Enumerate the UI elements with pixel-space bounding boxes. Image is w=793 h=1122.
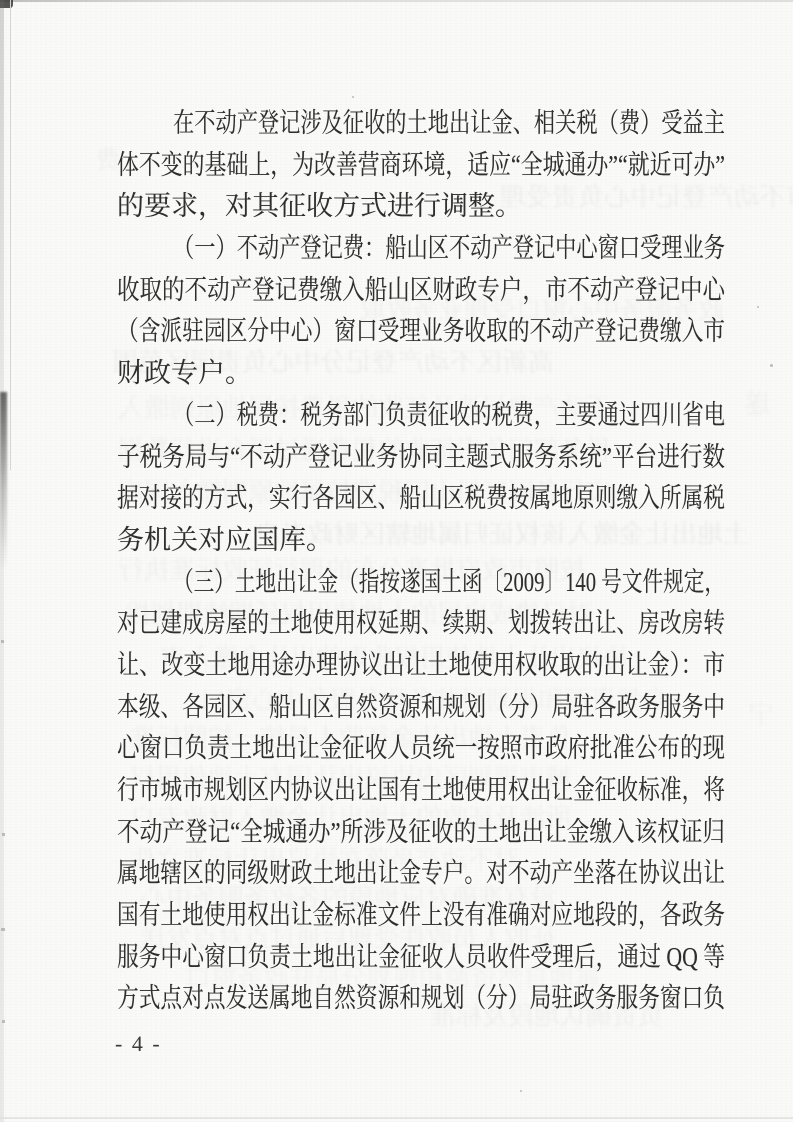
text-line: （含派驻园区分中心）窗口受理业务收取的不动产登记费缴入市 bbox=[117, 311, 725, 353]
text-line: 让、改变土地用途办理协议出让土地使用权收取的出让金）：市 bbox=[117, 645, 725, 687]
text-line: 不动产登记“全城通办”所涉及征收的土地出让金缴入该权证归 bbox=[117, 812, 725, 854]
text-line: 在不动产登记涉及征收的土地出让金、相关税（费）受益主 bbox=[117, 103, 725, 145]
scan-speckle bbox=[757, 306, 759, 308]
ghost-text-line: 宁 bbox=[748, 700, 774, 730]
scan-top-left-mark bbox=[0, 0, 13, 8]
text-line: 服务中心窗口负责土地出让金征收人员收件受理后，通过 QQ 等 bbox=[117, 937, 725, 979]
scan-speckle bbox=[770, 364, 773, 367]
scan-top-edge-line bbox=[0, 0, 793, 2]
text-line: 的要求，对其征收方式进行调整。 bbox=[117, 186, 725, 228]
scan-left-edge-smudge bbox=[0, 392, 7, 570]
text-line: 属地辖区的同级财政土地出让金专户。对不动产坐落在协议出让 bbox=[117, 853, 725, 895]
scan-speckle bbox=[520, 1090, 522, 1092]
scan-edge-tick bbox=[2, 1020, 5, 1023]
text-line: 体不变的基础上，为改善营商环境，适应“全城通办”“就近可办” bbox=[117, 145, 725, 187]
scan-edge-tick bbox=[1, 640, 4, 643]
text-line: （一）不动产登记费：船山区不动产登记中心窗口受理业务 bbox=[117, 228, 725, 270]
text-line: 本级、各园区、船山区自然资源和规划（分）局驻各政务服务中 bbox=[117, 687, 725, 729]
scan-bottom-edge-line bbox=[0, 1117, 793, 1119]
text-line: 据对接的方式，实行各园区、船山区税费按属地原则缴入所属税 bbox=[117, 478, 725, 520]
scan-left-edge-strip bbox=[0, 0, 4, 1122]
text-line: 方式点对点发送属地自然资源和规划（分）局驻政务服务窗口负 bbox=[117, 978, 725, 1020]
text-line: 收取的不动产登记费缴入船山区财政专户，市不动产登记中心 bbox=[117, 270, 725, 312]
text-line: 财政专户。 bbox=[117, 353, 725, 395]
text-line: （三）土地出让金（指按遂国土函〔2009〕140 号文件规定， bbox=[117, 562, 725, 604]
text-line: 国有土地使用权出让金标准文件上没有准确对应地段的，各政务 bbox=[117, 895, 725, 937]
scan-edge-tick bbox=[2, 833, 5, 836]
page-number: - 4 - bbox=[115, 1031, 162, 1057]
text-line: 行市城市规划区内协议出让国有土地使用权出让金征收标准，将 bbox=[117, 770, 725, 812]
text-line: 心窗口负责土地出让金征收人员统一按照市政府批准公布的现 bbox=[117, 728, 725, 770]
text-line: 对已建成房屋的土地使用权延期、续期、划拨转出让、房改房转 bbox=[117, 603, 725, 645]
scan-edge-tick bbox=[1, 928, 5, 931]
document-body: 在不动产登记涉及征收的土地出让金、相关税（费）受益主体不变的基础上，为改善营商环… bbox=[117, 103, 725, 1020]
text-line: 子税务局与“不动产登记业务协同主题式服务系统”平台进行数 bbox=[117, 437, 725, 479]
scan-speckle bbox=[352, 96, 354, 98]
scanned-document-page: 费市不动产登记中心负责受理政务服务中心窗口受理业务收取高新区不动产登记分中心负责… bbox=[0, 0, 793, 1122]
text-line: 务机关对应国库。 bbox=[117, 520, 725, 562]
scan-left-hairline bbox=[10, 0, 11, 470]
ghost-text-line: 遂 bbox=[745, 390, 771, 420]
text-line: （二）税费：税务部门负责征收的税费，主要通过四川省电 bbox=[117, 395, 725, 437]
